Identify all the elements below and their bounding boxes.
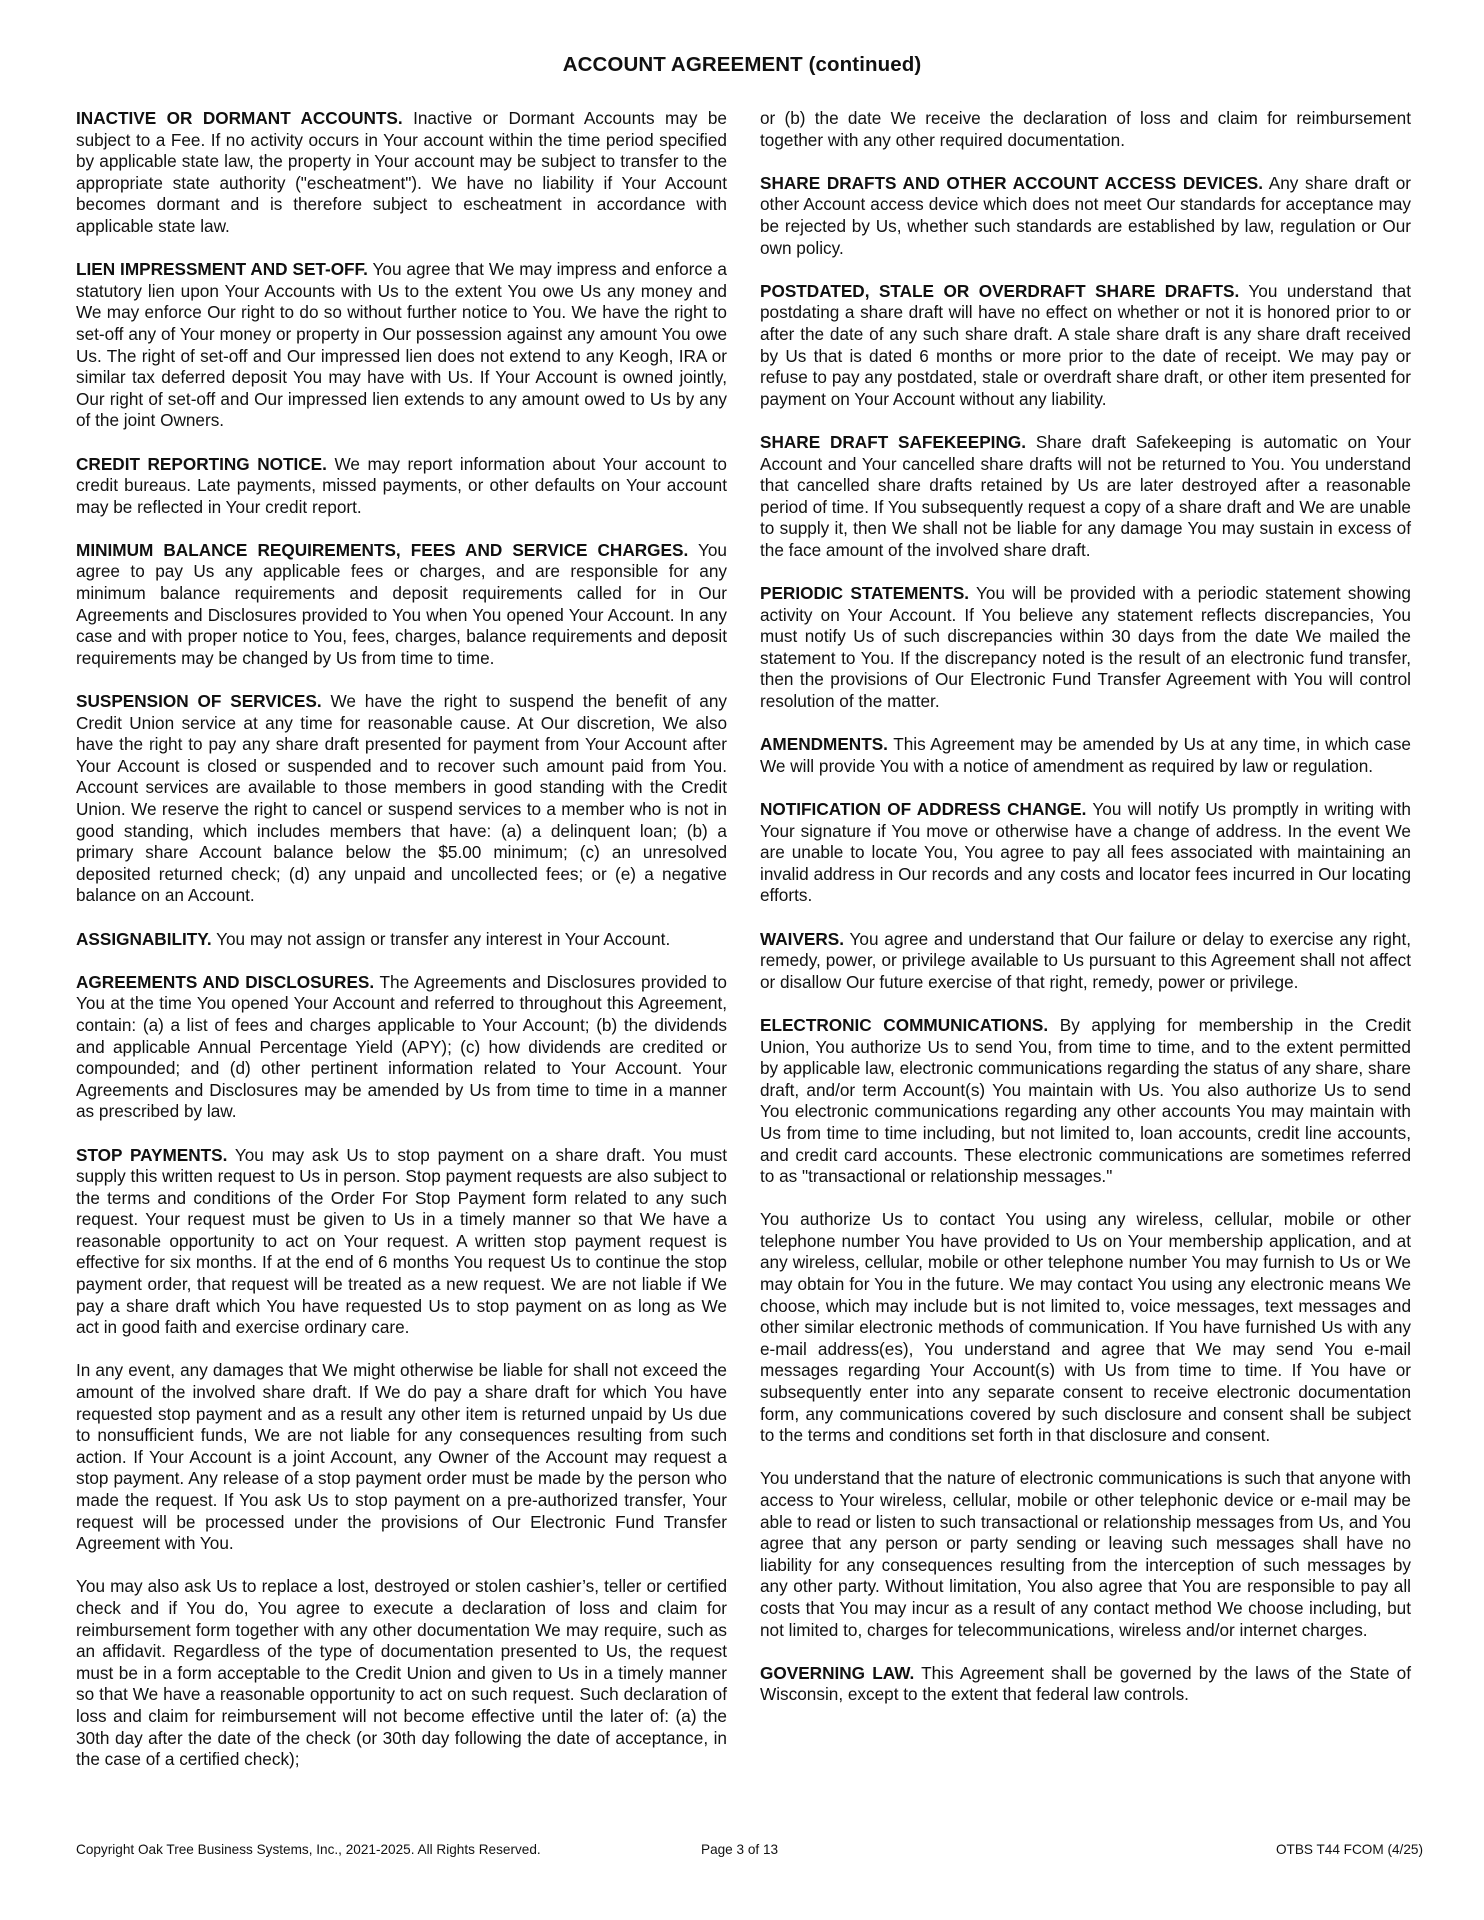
section-heading: SUSPENSION OF SERVICES.: [76, 691, 322, 711]
section-body: The Agreements and Disclosures provided …: [76, 972, 727, 1122]
page-title: ACCOUNT AGREEMENT (continued): [0, 52, 1484, 78]
section-heading: AMENDMENTS.: [760, 734, 888, 754]
section-inactive-dormant-accounts: INACTIVE OR DORMANT ACCOUNTS. Inactive o…: [76, 108, 727, 238]
section-address-change: NOTIFICATION OF ADDRESS CHANGE. You will…: [760, 799, 1411, 907]
section-suspension-of-services: SUSPENSION OF SERVICES. We have the righ…: [76, 691, 727, 907]
footer-page-number: Page 3 of 13: [701, 1842, 778, 1858]
section-body: You understand that the nature of electr…: [760, 1468, 1411, 1639]
footer-form-id: OTBS T44 FCOM (4/25): [1276, 1842, 1423, 1858]
section-lien-impressment: LIEN IMPRESSMENT AND SET-OFF. You agree …: [76, 259, 727, 432]
section-amendments: AMENDMENTS. This Agreement may be amende…: [760, 734, 1411, 777]
section-stop-payments: STOP PAYMENTS. You may ask Us to stop pa…: [76, 1145, 727, 1339]
section-heading: ASSIGNABILITY.: [76, 929, 212, 949]
section-heading: AGREEMENTS AND DISCLOSURES.: [76, 972, 374, 992]
section-communications-nature: You understand that the nature of electr…: [760, 1468, 1411, 1641]
section-postdated-stale-overdraft: POSTDATED, STALE OR OVERDRAFT SHARE DRAF…: [760, 281, 1411, 411]
section-contact-authorization: You authorize Us to contact You using an…: [760, 1209, 1411, 1447]
section-heading: GOVERNING LAW.: [760, 1663, 914, 1683]
section-heading: SHARE DRAFT SAFEKEEPING.: [760, 432, 1026, 452]
section-body: We have the right to suspend the benefit…: [76, 691, 727, 905]
section-heading: NOTIFICATION OF ADDRESS CHANGE.: [760, 799, 1086, 819]
section-credit-reporting: CREDIT REPORTING NOTICE. We may report i…: [76, 454, 727, 519]
section-body: You agree that We may impress and enforc…: [76, 259, 727, 430]
section-heading: WAIVERS.: [760, 929, 844, 949]
section-heading: MINIMUM BALANCE REQUIREMENTS, FEES AND S…: [76, 540, 688, 560]
section-body: or (b) the date We receive the declarati…: [760, 108, 1411, 150]
section-body: You authorize Us to contact You using an…: [760, 1209, 1411, 1445]
section-body: By applying for membership in the Credit…: [760, 1015, 1411, 1186]
section-assignability: ASSIGNABILITY. You may not assign or tra…: [76, 929, 727, 951]
section-heading: CREDIT REPORTING NOTICE.: [76, 454, 327, 474]
section-governing-law: GOVERNING LAW. This Agreement shall be g…: [760, 1663, 1411, 1706]
section-heading: POSTDATED, STALE OR OVERDRAFT SHARE DRAF…: [760, 281, 1239, 301]
section-heading: INACTIVE OR DORMANT ACCOUNTS.: [76, 108, 403, 128]
section-body: You may not assign or transfer any inter…: [212, 929, 671, 949]
section-heading: PERIODIC STATEMENTS.: [760, 583, 969, 603]
section-agreements-disclosures: AGREEMENTS AND DISCLOSURES. The Agreemen…: [76, 972, 727, 1123]
section-body: You may ask Us to stop payment on a shar…: [76, 1145, 727, 1338]
section-body: You agree and understand that Our failur…: [760, 929, 1411, 992]
left-column: INACTIVE OR DORMANT ACCOUNTS. Inactive o…: [76, 108, 727, 1771]
section-body: You may also ask Us to replace a lost, d…: [76, 1576, 727, 1769]
right-column: or (b) the date We receive the declarati…: [760, 108, 1411, 1706]
section-heading: ELECTRONIC COMMUNICATIONS.: [760, 1015, 1048, 1035]
section-stop-payments-damages: In any event, any damages that We might …: [76, 1360, 727, 1554]
section-heading: STOP PAYMENTS.: [76, 1145, 227, 1165]
section-share-draft-safekeeping: SHARE DRAFT SAFEKEEPING. Share draft Saf…: [760, 432, 1411, 562]
section-minimum-balance: MINIMUM BALANCE REQUIREMENTS, FEES AND S…: [76, 540, 727, 670]
section-lost-check-replacement: You may also ask Us to replace a lost, d…: [76, 1576, 727, 1770]
section-electronic-communications: ELECTRONIC COMMUNICATIONS. By applying f…: [760, 1015, 1411, 1188]
section-lost-check-continued: or (b) the date We receive the declarati…: [760, 108, 1411, 151]
footer-copyright: Copyright Oak Tree Business Systems, Inc…: [76, 1842, 541, 1858]
section-heading: SHARE DRAFTS AND OTHER ACCOUNT ACCESS DE…: [760, 173, 1263, 193]
section-share-drafts-access-devices: SHARE DRAFTS AND OTHER ACCOUNT ACCESS DE…: [760, 173, 1411, 259]
section-heading: LIEN IMPRESSMENT AND SET-OFF.: [76, 259, 368, 279]
section-periodic-statements: PERIODIC STATEMENTS. You will be provide…: [760, 583, 1411, 713]
section-body: In any event, any damages that We might …: [76, 1360, 727, 1553]
section-waivers: WAIVERS. You agree and understand that O…: [760, 929, 1411, 994]
